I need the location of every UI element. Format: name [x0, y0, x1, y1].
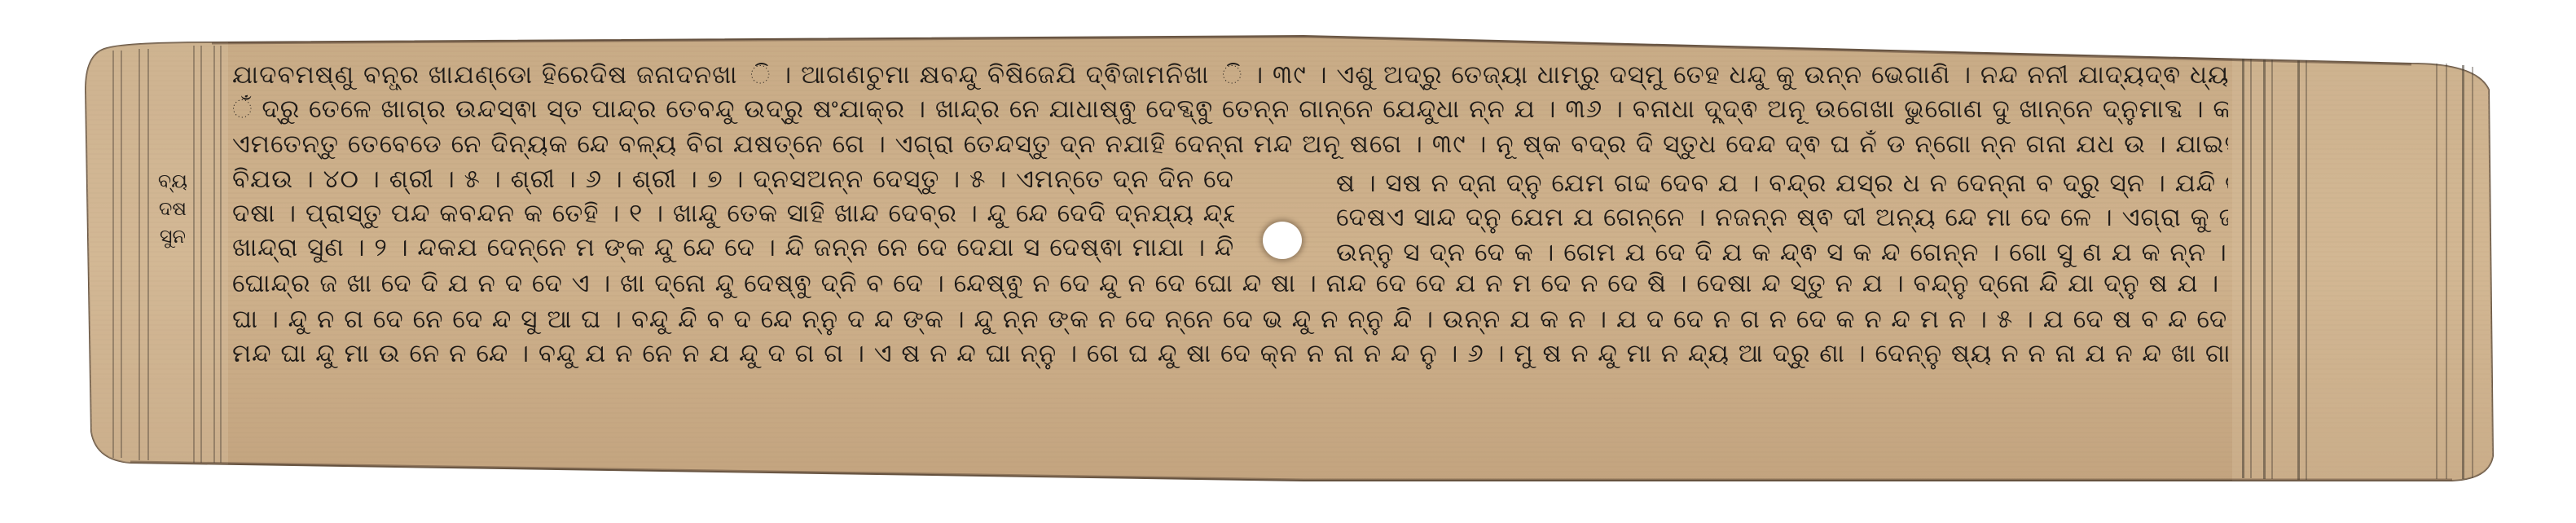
text-line-3: ଏମତେନ୍ତୁ ତେବେଡେ ନେ ଦିନ୍ୟକ ନ୍ଦେ ବଳ୍ୟ ବିଗ …	[232, 128, 2228, 160]
text-line-6-left: ଖାନ୍ଦ୍ରା ସୁଣ । ୨ । ନ୍ଦକଯ ଦେନ୍ନେ ମ ଙ୍କ ନ୍…	[232, 231, 1234, 264]
binding-hole	[1263, 222, 1302, 259]
margin-ruling-right-3	[2263, 59, 2266, 479]
margin-ruling-left-1	[112, 51, 114, 458]
margin-ruling-right-6	[2306, 60, 2307, 480]
text-line-2: ଁ ଦ୍ରୁ ତେଳେ ଖାଗ୍ର ଉନ୍ଦସ୍ଵା ସ୍ତ ପାନ୍ଦ୍ର ତ…	[232, 93, 2228, 125]
margin-ruling-left-5	[193, 46, 195, 463]
text-line-9: ମନ୍ଦ ଘା ନ୍ଦୁ ମା ଉ ନେ ନ ନ୍ଦେ । ବନ୍ଦୁ ଯ ନ …	[232, 337, 2228, 370]
text-line-5-right: ଦେଷଏ ସାନ୍ଦ ଦ୍ନୁ ଯେମ ଯ ଗେନ୍ନେ । ନଜନ୍ନ ଷ୍ଵ…	[1336, 201, 2228, 234]
margin-note: ବ୍ୟ ଦଷ ସୁନ	[153, 167, 192, 250]
margin-ruling-right-9	[2462, 65, 2464, 479]
text-line-6-right: ଉନ୍ନୁ ସ ଦ୍ନ ଦେ କ । ଗେମ ଯ ଦେ ଦି ଯ କ ନ୍ଦ୍ଵ…	[1336, 236, 2228, 269]
text-line-7: ଘୋନ୍ଦ୍ର ଜ ଖା ଦେ ଦି ଯ ନ ଦ ଦେ ଏ । ଖା ଦ୍ନୋ …	[232, 267, 2228, 300]
text-line-8: ଘା । ନ୍ଦୁ ନ ଗ ଦେ ନେ ଦେ ନ୍ଦ ସୁ ଆ ଘ । ବନ୍ଦ…	[232, 303, 2228, 336]
margin-ruling-right-7	[2436, 64, 2438, 479]
margin-ruling-left-8	[220, 46, 222, 463]
margin-ruling-right-8	[2446, 64, 2447, 479]
margin-ruling-right-10	[2472, 67, 2473, 478]
margin-ruling-right-5	[2297, 60, 2300, 480]
margin-note-line-3: ସୁନ	[153, 222, 192, 250]
margin-note-line-2: ଦଷ	[153, 195, 192, 222]
text-line-1: ଯାଦବମଷ୍ଣୁ ବନ୍ଧ୍ର ଖାଯଣ୍ଡୋ ହିରେଦିଷ ଜନାଦନଖା…	[232, 59, 2228, 91]
margin-ruling-left-7	[213, 46, 215, 463]
text-line-4-right: ଷ । ସଷ ନ ଦ୍ନା ଦ୍ନୁ ଯେମ ଗଦ୍ଦ ଦେବ ଯ । ବନ୍ଦ…	[1336, 167, 2228, 200]
palm-leaf-folio: ବ୍ୟ ଦଷ ସୁନ ଯାଦବମଷ୍ଣୁ ବନ୍ଧ୍ର ଖାଯଣ୍ଡୋ ହିରେ…	[0, 0, 2576, 523]
margin-ruling-left-2	[121, 51, 122, 458]
margin-ruling-right-4	[2271, 59, 2273, 479]
margin-note-line-1: ବ୍ୟ	[153, 167, 192, 195]
text-line-5-left: ଦଷା । ପ୍ରାସ୍ତୁ ପନ୍ଦ କବନ୍ଦନ କ ତେହି । ୧ । …	[232, 197, 1234, 230]
margin-ruling-left-4	[147, 49, 149, 460]
margin-ruling-right-1	[2242, 59, 2244, 478]
text-line-4-left: ବିଯଉ । ୪୦ । ଶ୍ରୀ । ୫ । ଶ୍ରୀ । ୬ । ଶ୍ରୀ ।…	[232, 163, 1234, 196]
margin-ruling-left-3	[138, 49, 140, 460]
margin-ruling-right-2	[2250, 59, 2252, 478]
margin-ruling-left-6	[200, 46, 202, 463]
